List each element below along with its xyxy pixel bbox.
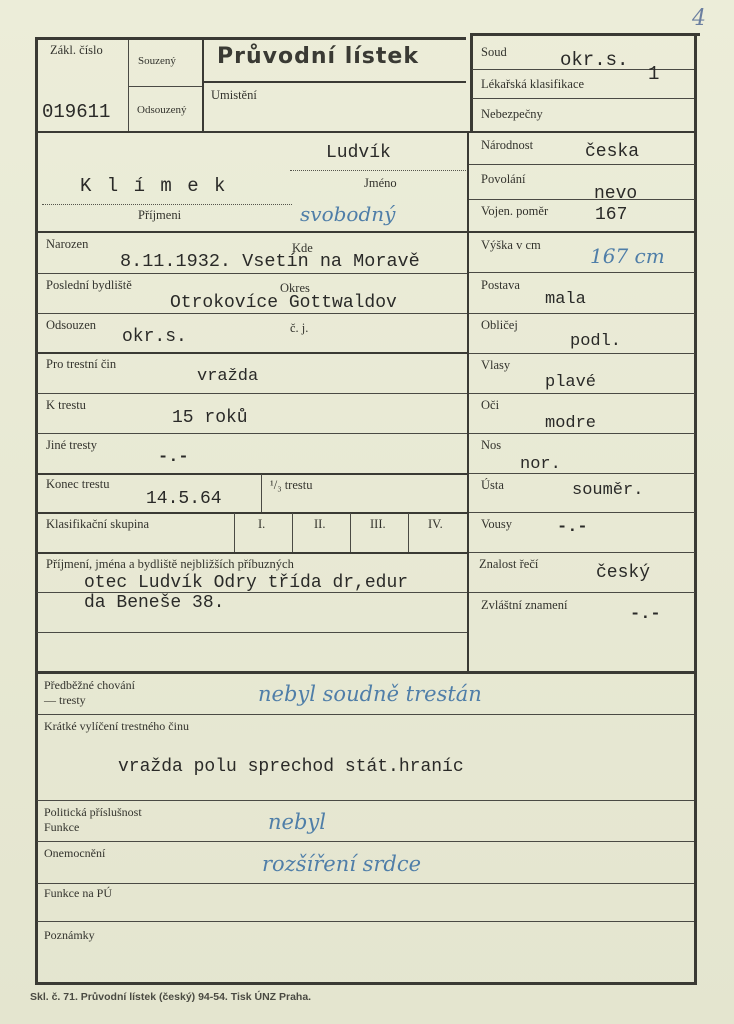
- jine-tresty-value: -.-: [158, 448, 189, 467]
- divider: [472, 69, 694, 70]
- onemocneni-value: rozšíření srdce: [262, 852, 421, 876]
- k-trestu-label: K trestu: [46, 398, 86, 413]
- divider: [469, 393, 695, 394]
- divider: [37, 273, 467, 274]
- predbezne-value: nebyl soudně trestán: [258, 682, 482, 706]
- odsouzeny-label: Odsouzený: [137, 104, 187, 116]
- divider: [37, 433, 467, 434]
- onemocneni-label: Onemocnění: [44, 846, 105, 861]
- trestni-cin-value: vražda: [197, 367, 258, 386]
- narozen-label: Narozen: [46, 237, 88, 252]
- postava-value: mala: [545, 290, 586, 309]
- divider: [472, 98, 694, 99]
- politicka-label: Politická příslušnost: [44, 805, 142, 820]
- postava-label: Postava: [481, 278, 520, 293]
- frame-top-left: [36, 37, 466, 40]
- column-divider: [467, 131, 469, 671]
- vojen-pomer-value: 167: [595, 205, 627, 225]
- nos-label: Nos: [481, 438, 501, 453]
- page-number: 4: [692, 6, 706, 31]
- status-handwritten: svobodný: [300, 202, 395, 226]
- cj-label: č. j.: [290, 321, 308, 336]
- k-trestu-value: 15 roků: [172, 408, 248, 428]
- divider: [37, 393, 467, 394]
- oblicej-label: Obličej: [481, 318, 518, 333]
- funkce-na-pu-label: Funkce na PÚ: [44, 886, 112, 901]
- divider: [469, 512, 695, 513]
- divider: [292, 513, 293, 552]
- divider: [37, 632, 467, 633]
- divider: [469, 353, 695, 354]
- divider: [37, 552, 467, 554]
- predbezne-label: Předběžné chování: [44, 678, 135, 693]
- jmeno-label: Jméno: [364, 176, 397, 191]
- posledni-bydliste-value: Otrokovíce Gottwaldov: [170, 293, 397, 313]
- politicka-value: nebyl: [268, 810, 326, 834]
- divider: [36, 231, 468, 233]
- divider: [37, 512, 467, 514]
- odsouzen-label: Odsouzen: [46, 318, 96, 333]
- divider: [469, 164, 695, 165]
- divider: [36, 131, 696, 133]
- konec-trestu-value: 14.5.64: [146, 489, 222, 509]
- relatives-label: Příjmení, jména a bydliště nejbližších p…: [46, 557, 294, 572]
- vousy-value: -.-: [557, 518, 588, 537]
- divider: [469, 313, 695, 314]
- predbezne-sublabel: — tresty: [44, 693, 86, 708]
- kratke-vyliceni-value: vražda polu sprechod stát.hraníc: [118, 757, 464, 777]
- divider: [469, 199, 695, 200]
- oblicej-value: podl.: [570, 332, 621, 351]
- vlasy-value: plavé: [545, 373, 596, 392]
- prijmeni-value: K l í m e k: [80, 175, 227, 197]
- poznamky-label: Poznámky: [44, 928, 95, 943]
- divider: [37, 800, 694, 801]
- prijmeni-label: Příjmeni: [138, 208, 181, 223]
- zvlastni-znameni-value: -.-: [630, 605, 661, 624]
- form-footer: Skl. č. 71. Průvodní lístek (český) 94-5…: [30, 991, 311, 1003]
- relatives-line-2: da Beneše 38.: [84, 593, 224, 613]
- soud-value: okr.s.: [560, 49, 628, 71]
- nos-value: nor.: [520, 455, 561, 474]
- vlasy-label: Vlasy: [481, 358, 510, 373]
- divider: [204, 81, 466, 83]
- divider: [469, 231, 695, 233]
- frame-top-right: [470, 33, 700, 36]
- lekarska-label: Lékařská klasifikace: [481, 77, 584, 92]
- frame-left: [35, 37, 38, 985]
- group-i[interactable]: I.: [258, 517, 265, 532]
- lekarska-value: 1: [648, 63, 659, 85]
- umisteni-label: Umistění: [211, 88, 257, 103]
- divider: [469, 552, 695, 553]
- tretina-trestu-label: ¹/₃ trestu: [270, 478, 312, 493]
- frame-right: [694, 33, 697, 985]
- narodnost-label: Národnost: [481, 138, 533, 153]
- jine-tresty-label: Jiné tresty: [46, 438, 97, 453]
- group-iii[interactable]: III.: [370, 517, 386, 532]
- divider: [37, 313, 467, 314]
- divider: [37, 352, 467, 354]
- divider: [469, 433, 695, 434]
- divider: [234, 513, 235, 552]
- vyska-value: 167 cm: [590, 244, 665, 268]
- oci-value: modre: [545, 414, 596, 433]
- divider: [37, 841, 694, 842]
- divider: [129, 86, 202, 87]
- divider: [408, 513, 409, 552]
- znalost-reci-label: Znalost řečí: [479, 557, 538, 572]
- divider: [350, 513, 351, 552]
- vousy-label: Vousy: [481, 517, 512, 532]
- povolani-label: Povolání: [481, 172, 525, 187]
- oci-label: Oči: [481, 398, 499, 413]
- divider: [469, 592, 695, 593]
- divider: [202, 40, 204, 132]
- divider: [261, 474, 262, 512]
- form-title: Průvodní lístek: [217, 44, 419, 69]
- divider: [37, 714, 694, 715]
- zakl-cislo-label: Zákl. číslo: [50, 43, 103, 58]
- divider: [469, 473, 695, 474]
- povolani-value: nevo: [594, 184, 637, 204]
- konec-trestu-label: Konec trestu: [46, 477, 110, 492]
- narozen-value: 8.11.1932. Vsetín na Moravě: [120, 251, 420, 272]
- nebezpecny-label: Nebezpečny: [481, 107, 543, 122]
- znalost-reci-value: český: [596, 563, 650, 583]
- usta-label: Ústa: [481, 478, 504, 493]
- divider: [469, 272, 695, 273]
- divider: [37, 473, 467, 475]
- document-page: 4 Zákl. číslo 019611 Souzený Odsouzený P…: [0, 0, 734, 1024]
- posledni-bydliste-label: Poslední bydliště: [46, 278, 132, 293]
- usta-value: souměr.: [572, 481, 643, 500]
- trestni-cin-label: Pro trestní čin: [46, 357, 116, 372]
- divider: [470, 36, 473, 132]
- souzeny-label: Souzený: [138, 55, 176, 67]
- group-iv[interactable]: IV.: [428, 517, 443, 532]
- funkce-label: Funkce: [44, 820, 79, 835]
- soud-label: Soud: [481, 45, 507, 60]
- divider: [37, 921, 694, 922]
- narodnost-value: česka: [585, 142, 639, 162]
- vyska-label: Výška v cm: [481, 238, 541, 253]
- group-ii[interactable]: II.: [314, 517, 325, 532]
- zvlastni-znameni-label: Zvláštní znamení: [481, 598, 567, 613]
- klasifikacni-label: Klasifikační skupina: [46, 517, 149, 532]
- relatives-line-1: otec Ludvík Odry třída dr,edur: [84, 573, 408, 593]
- divider: [42, 204, 292, 205]
- jmeno-value: Ludvík: [326, 143, 391, 163]
- frame-bottom: [35, 982, 697, 985]
- zakl-cislo-value: 019611: [42, 101, 110, 123]
- odsouzen-value: okr.s.: [122, 327, 187, 347]
- vojen-pomer-label: Vojen. poměr: [481, 204, 548, 219]
- kratke-vyliceni-label: Krátké vylíčení trestného činu: [44, 719, 189, 734]
- divider: [37, 883, 694, 884]
- divider: [36, 671, 696, 674]
- divider: [290, 170, 466, 171]
